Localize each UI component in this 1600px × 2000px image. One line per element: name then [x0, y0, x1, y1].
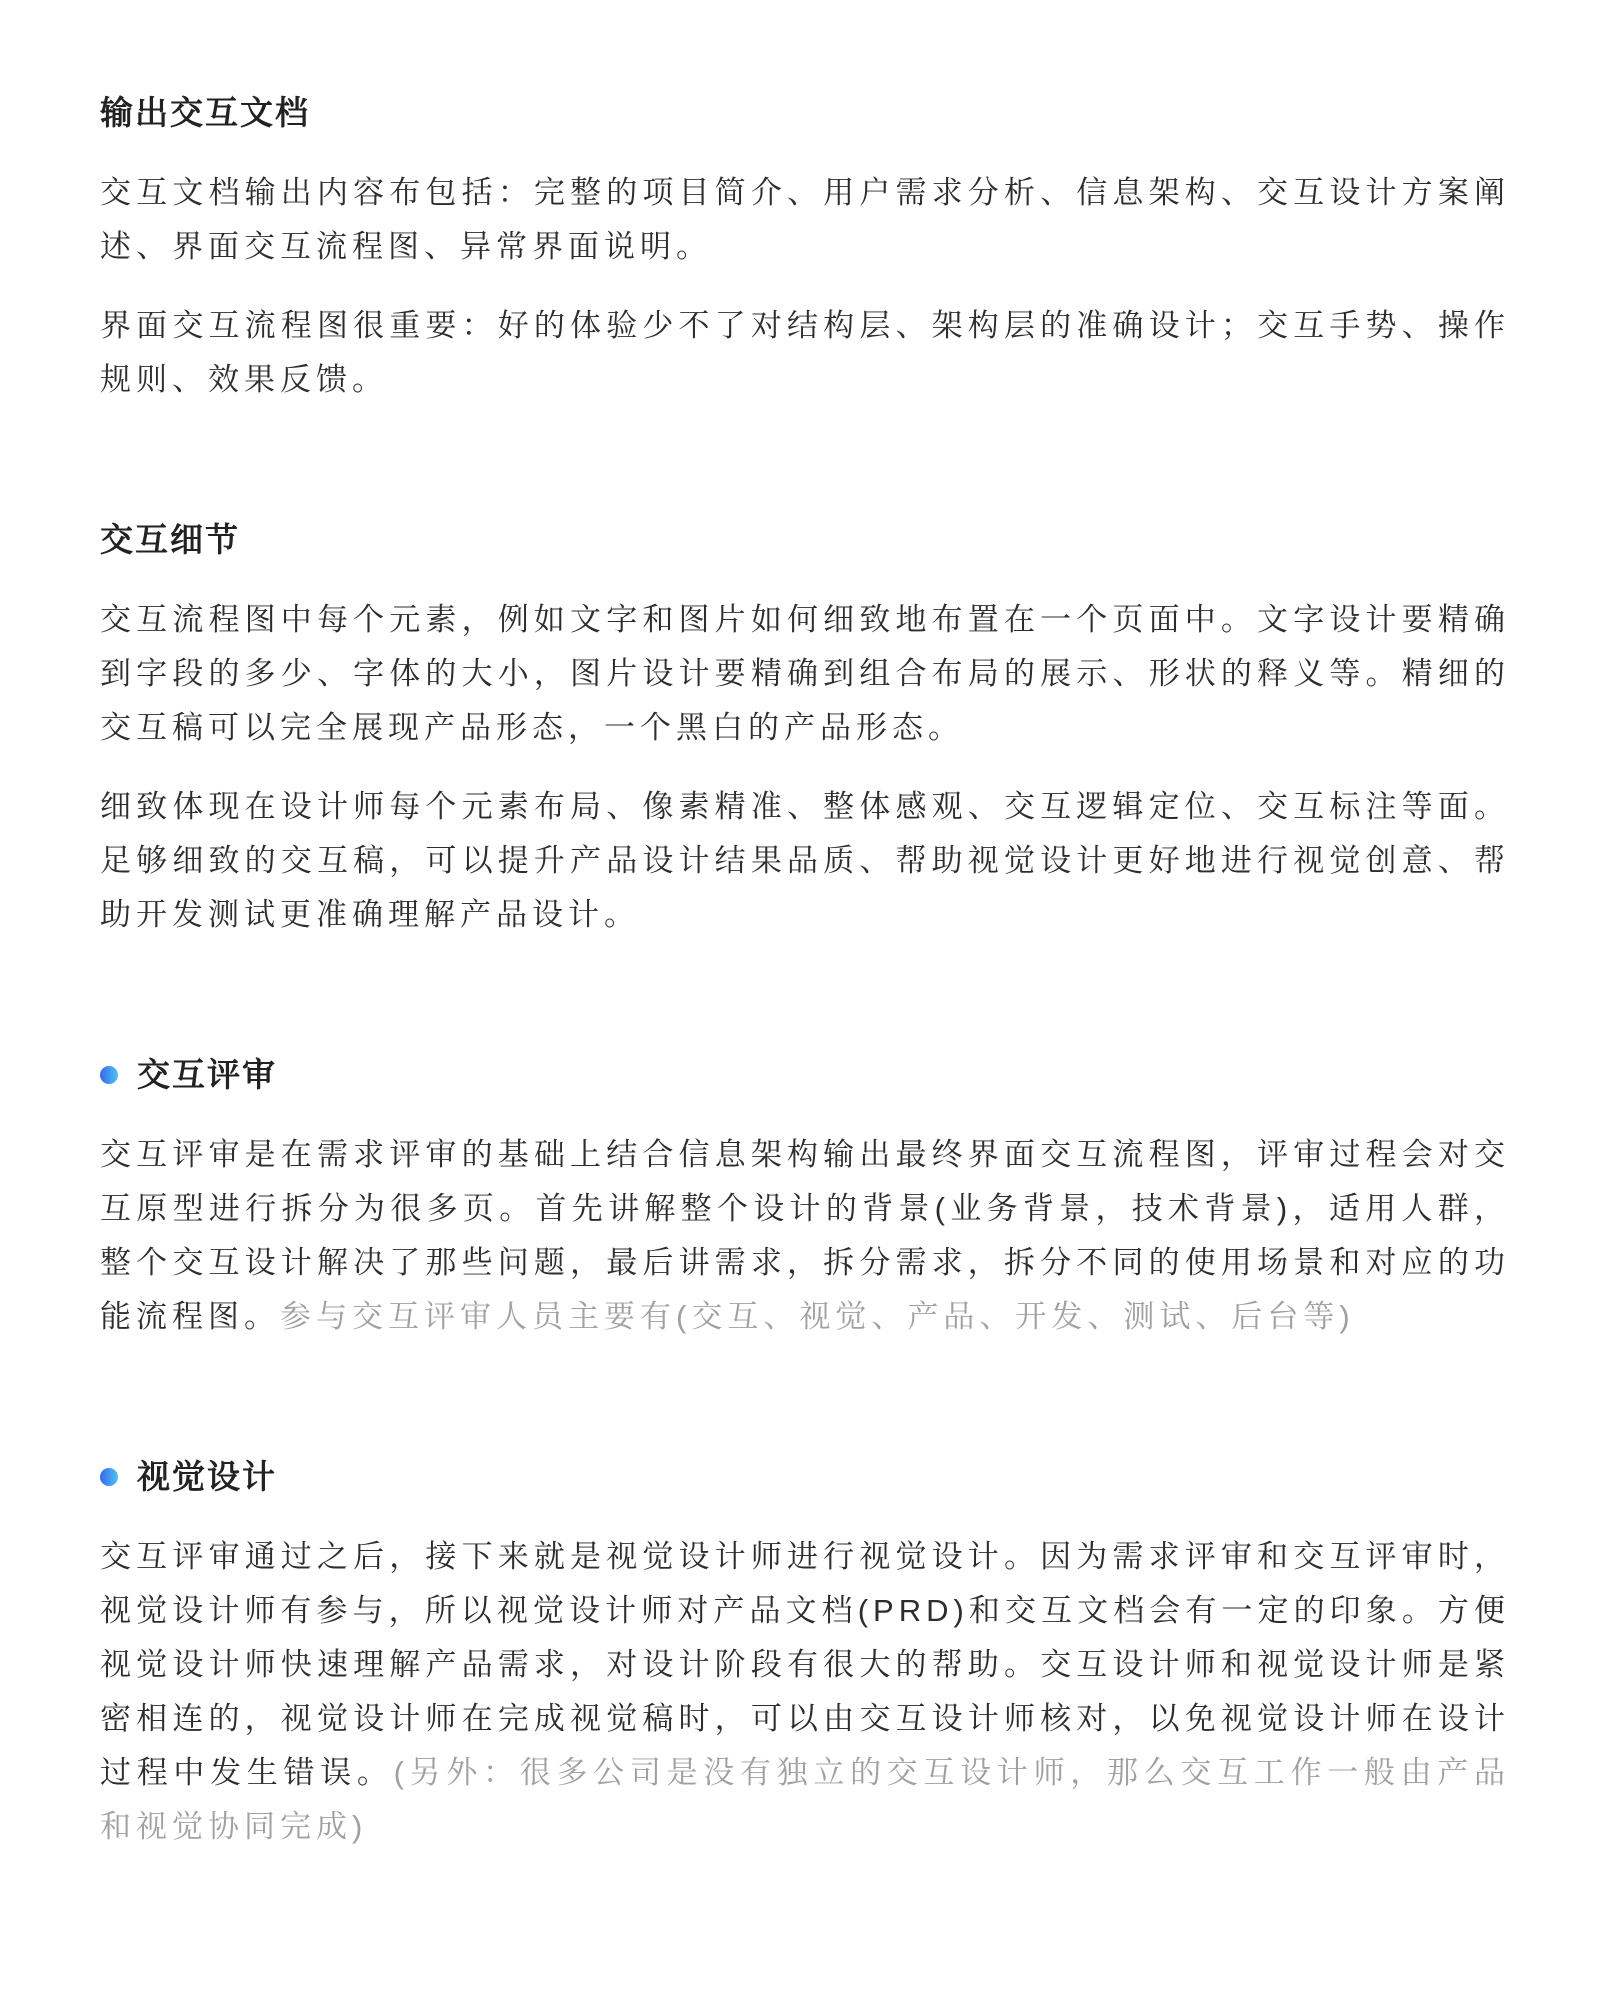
- article-section: 交互细节交互流程图中每个元素，例如文字和图片如何细致地布置在一个页面中。文字设计…: [100, 517, 1510, 942]
- paragraph: 界面交互流程图很重要：好的体验少不了对结构层、架构层的准确设计；交互手势、操作规…: [100, 299, 1510, 407]
- section-heading-text: 交互评审: [137, 1052, 277, 1098]
- bullet-icon: [100, 1468, 118, 1486]
- paragraph: 交互评审通过之后，接下来就是视觉设计师进行视觉设计。因为需求评审和交互评审时，视…: [100, 1530, 1510, 1854]
- article-section: 交互评审交互评审是在需求评审的基础上结合信息架构输出最终界面交互流程图，评审过程…: [100, 1052, 1510, 1344]
- text-run: 交互评审通过之后，接下来就是视觉设计师进行视觉设计。因为需求评审和交互评审时，视…: [100, 1539, 1510, 1790]
- paragraph: 交互评审是在需求评审的基础上结合信息架构输出最终界面交互流程图，评审过程会对交互…: [100, 1128, 1510, 1344]
- bullet-icon: [100, 1066, 118, 1084]
- paragraph: 细致体现在设计师每个元素布局、像素精准、整体感观、交互逻辑定位、交互标注等面。足…: [100, 780, 1510, 942]
- paragraph: 交互流程图中每个元素，例如文字和图片如何细致地布置在一个页面中。文字设计要精确到…: [100, 593, 1510, 755]
- paragraph: 交互文档输出内容布包括：完整的项目简介、用户需求分析、信息架构、交互设计方案阐述…: [100, 166, 1510, 274]
- article-body: 输出交互文档交互文档输出内容布包括：完整的项目简介、用户需求分析、信息架构、交互…: [100, 90, 1510, 1854]
- article-section: 视觉设计交互评审通过之后，接下来就是视觉设计师进行视觉设计。因为需求评审和交互评…: [100, 1454, 1510, 1854]
- text-run: 交互文档输出内容布包括：完整的项目简介、用户需求分析、信息架构、交互设计方案阐述…: [100, 175, 1510, 264]
- section-heading: 视觉设计: [100, 1454, 1510, 1500]
- article-section: 输出交互文档交互文档输出内容布包括：完整的项目简介、用户需求分析、信息架构、交互…: [100, 90, 1510, 407]
- section-heading: 输出交互文档: [100, 90, 1510, 136]
- text-run: 交互流程图中每个元素，例如文字和图片如何细致地布置在一个页面中。文字设计要精确到…: [100, 602, 1510, 745]
- section-heading-text: 视觉设计: [137, 1454, 277, 1500]
- text-run: 界面交互流程图很重要：好的体验少不了对结构层、架构层的准确设计；交互手势、操作规…: [100, 308, 1510, 397]
- section-heading: 交互细节: [100, 517, 1510, 563]
- section-heading-text: 交互细节: [100, 517, 240, 563]
- text-run: 细致体现在设计师每个元素布局、像素精准、整体感观、交互逻辑定位、交互标注等面。足…: [100, 789, 1510, 932]
- text-run: 参与交互评审人员主要有(交互、视觉、产品、开发、测试、后台等): [280, 1299, 1355, 1334]
- article-page: 输出交互文档交互文档输出内容布包括：完整的项目简介、用户需求分析、信息架构、交互…: [0, 0, 1600, 2000]
- section-heading-text: 输出交互文档: [100, 90, 310, 136]
- section-heading: 交互评审: [100, 1052, 1510, 1098]
